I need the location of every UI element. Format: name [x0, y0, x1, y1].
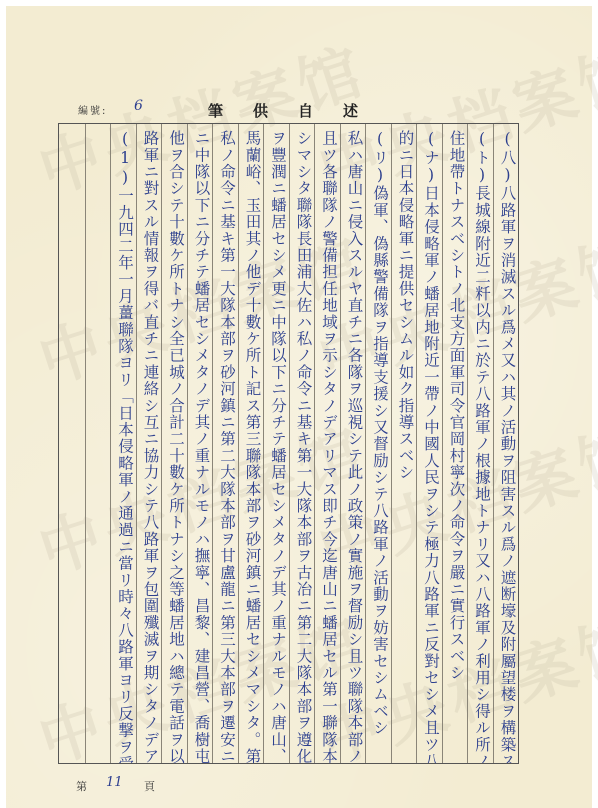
document-title: 筆供自述	[208, 100, 388, 121]
column-text	[86, 130, 111, 760]
manuscript-column: 住地帶トナスベシトノ北支方面軍司令官岡村寧次ノ命令ヲ嚴ニ實行スベシ	[442, 124, 468, 763]
column-text: (リ)偽軍、偽縣警備隊ヲ指導支援シ又督励シテ八路軍ノ活動ヲ妨害セシムベシ	[366, 130, 391, 760]
manuscript-column: (ナ)日本侵略軍ノ蟠居地附近一帶ノ中國人民ヲシテ極力八路軍ニ反對セシメ且ツ八路軍…	[416, 124, 442, 763]
manuscript-column	[59, 124, 84, 763]
column-text: 路軍ニ對スル情報ヲ得バ直チニ連絡シ互ニ協力シテ八路軍ヲ包圍殲滅ヲ期シタノデアリマ…	[137, 130, 162, 760]
page-label-prefix: 第	[76, 778, 87, 794]
column-text: 且ツ各聯隊ノ警備担任地域ヲ示シタノデアリマス即チ今迄唐山ニ蟠居セル第一聯隊本部ヲ…	[315, 130, 340, 760]
manuscript-column: (1)一九四二年一月薑聯隊ヨリ「日本侵略軍ノ通過ニ當リ時々八路軍ヨリ反撃ヲ受クル…	[110, 124, 136, 763]
manuscript-column: (リ)偽軍、偽縣警備隊ヲ指導支援シ又督励シテ八路軍ノ活動ヲ妨害セシムベシ	[365, 124, 391, 763]
column-text: ヲ豐潤ニ蟠居セシメ更ニ中隊以下ニ分チテ蟠居セシメタノデ其ノ重ナルモノハ唐山、古冶…	[264, 130, 289, 760]
serial-label: 編號:	[78, 102, 107, 117]
manuscript-column: 的ニ日本侵略軍ニ提供セシムル如ク指導スベシ	[391, 124, 417, 763]
column-text: 私ノ命令ニ基キ第一大隊本部ヲ砂河鎮ニ第二大隊本部ヲ甘盧龍ニ第三大本部ヲ遷安ニ蟠居…	[213, 130, 238, 760]
serial-value: 6	[134, 98, 143, 114]
page-footer: 第 11 頁	[76, 776, 216, 796]
manuscript-column: 他ヲ合シテ十數ケ所トナシ全已城ノ合計二十數ケ所トナシ之等蟠居地ハ總テ電話ヲ以テ連…	[161, 124, 187, 763]
page-number: 11	[106, 775, 123, 790]
column-text: シマシタ聯隊長田浦大佐ハ私ノ命令ニ基キ第一大隊本部ヲ古冶ニ第二大隊本部ヲ遵化ニ第…	[290, 130, 315, 760]
document-header: 編號: 6 筆供自述	[58, 100, 518, 120]
column-text	[59, 130, 84, 760]
column-text: (1)一九四二年一月薑聯隊ヨリ「日本侵略軍ノ通過ニ當リ時々八路軍ヨリ反撃ヲ受クル…	[111, 130, 136, 760]
column-text: 住地帶トナスベシトノ北支方面軍司令官岡村寧次ノ命令ヲ嚴ニ實行スベシ	[443, 130, 468, 760]
manuscript-column: ヲ豐潤ニ蟠居セシメ更ニ中隊以下ニ分チテ蟠居セシメタノデ其ノ重ナルモノハ唐山、古冶…	[263, 124, 289, 763]
page-label-suffix: 頁	[144, 778, 155, 794]
manuscript-column: (八)八路軍ヲ消滅スル爲メ又ハ其ノ活動ヲ阻害スル爲ノ遮断壕及附屬望楼ヲ構築スベシ	[493, 124, 519, 763]
column-text: 的ニ日本侵略軍ニ提供セシムル如ク指導スベシ	[392, 130, 417, 760]
column-container: (八)八路軍ヲ消滅スル爲メ又ハ其ノ活動ヲ阻害スル爲ノ遮断壕及附屬望楼ヲ構築スベシ…	[59, 124, 518, 763]
manuscript-column: 路軍ニ對スル情報ヲ得バ直チニ連絡シ互ニ協力シテ八路軍ヲ包圍殲滅ヲ期シタノデアリマ…	[136, 124, 162, 763]
manuscript-column: (ト)長城線附近二粁以内ニ於テ八路軍ノ根據地トナリ又ハ八路軍ノ利用シ得ル所ノ住民…	[467, 124, 493, 763]
manuscript-column: 且ツ各聯隊ノ警備担任地域ヲ示シタノデアリマス即チ今迄唐山ニ蟠居セル第一聯隊本部ヲ…	[314, 124, 340, 763]
manuscript-column: 私ハ唐山ニ侵入スルヤ直チニ各隊ヲ巡視シテ此ノ政策ノ實施ヲ督励シ且ツ聯隊本部ノ蟠居…	[340, 124, 366, 763]
manuscript-column	[85, 124, 111, 763]
column-text: 私ハ唐山ニ侵入スルヤ直チニ各隊ヲ巡視シテ此ノ政策ノ實施ヲ督励シ且ツ聯隊本部ノ蟠居…	[341, 130, 366, 760]
column-text: (ト)長城線附近二粁以内ニ於テ八路軍ノ根據地トナリ又ハ八路軍ノ利用シ得ル所ノ住民…	[468, 130, 493, 760]
manuscript-column: 馬蘭峪、玉田其ノ他デ十數ケ所ト記ス第三聯隊本部ヲ砂河鎮ニ蟠居セシメマシタ。第三聯…	[238, 124, 264, 763]
manuscript-column: ニ中隊以下ニ分チテ蟠居セシメタノデ其ノ重ナルモノハ撫寧、昌黎、建昌營、喬樹屯、灤…	[187, 124, 213, 763]
column-text: 馬蘭峪、玉田其ノ他デ十數ケ所ト記ス第三聯隊本部ヲ砂河鎮ニ蟠居セシメマシタ。第三聯…	[239, 130, 264, 760]
column-text: ニ中隊以下ニ分チテ蟠居セシメタノデ其ノ重ナルモノハ撫寧、昌黎、建昌營、喬樹屯、灤…	[188, 130, 213, 760]
column-text: 他ヲ合シテ十數ケ所トナシ全已城ノ合計二十數ケ所トナシ之等蟠居地ハ總テ電話ヲ以テ連…	[162, 130, 187, 760]
manuscript-column: 私ノ命令ニ基キ第一大隊本部ヲ砂河鎮ニ第二大隊本部ヲ甘盧龍ニ第三大本部ヲ遷安ニ蟠居…	[212, 124, 238, 763]
manuscript-grid: (八)八路軍ヲ消滅スル爲メ又ハ其ノ活動ヲ阻害スル爲ノ遮断壕及附屬望楼ヲ構築スベシ…	[58, 123, 519, 764]
manuscript-column: シマシタ聯隊長田浦大佐ハ私ノ命令ニ基キ第一大隊本部ヲ古冶ニ第二大隊本部ヲ遵化ニ第…	[289, 124, 315, 763]
column-text: (八)八路軍ヲ消滅スル爲メ又ハ其ノ活動ヲ阻害スル爲ノ遮断壕及附屬望楼ヲ構築スベシ	[494, 130, 519, 760]
column-text: (ナ)日本侵略軍ノ蟠居地附近一帶ノ中國人民ヲシテ極力八路軍ニ反對セシメ且ツ八路軍…	[417, 130, 442, 760]
